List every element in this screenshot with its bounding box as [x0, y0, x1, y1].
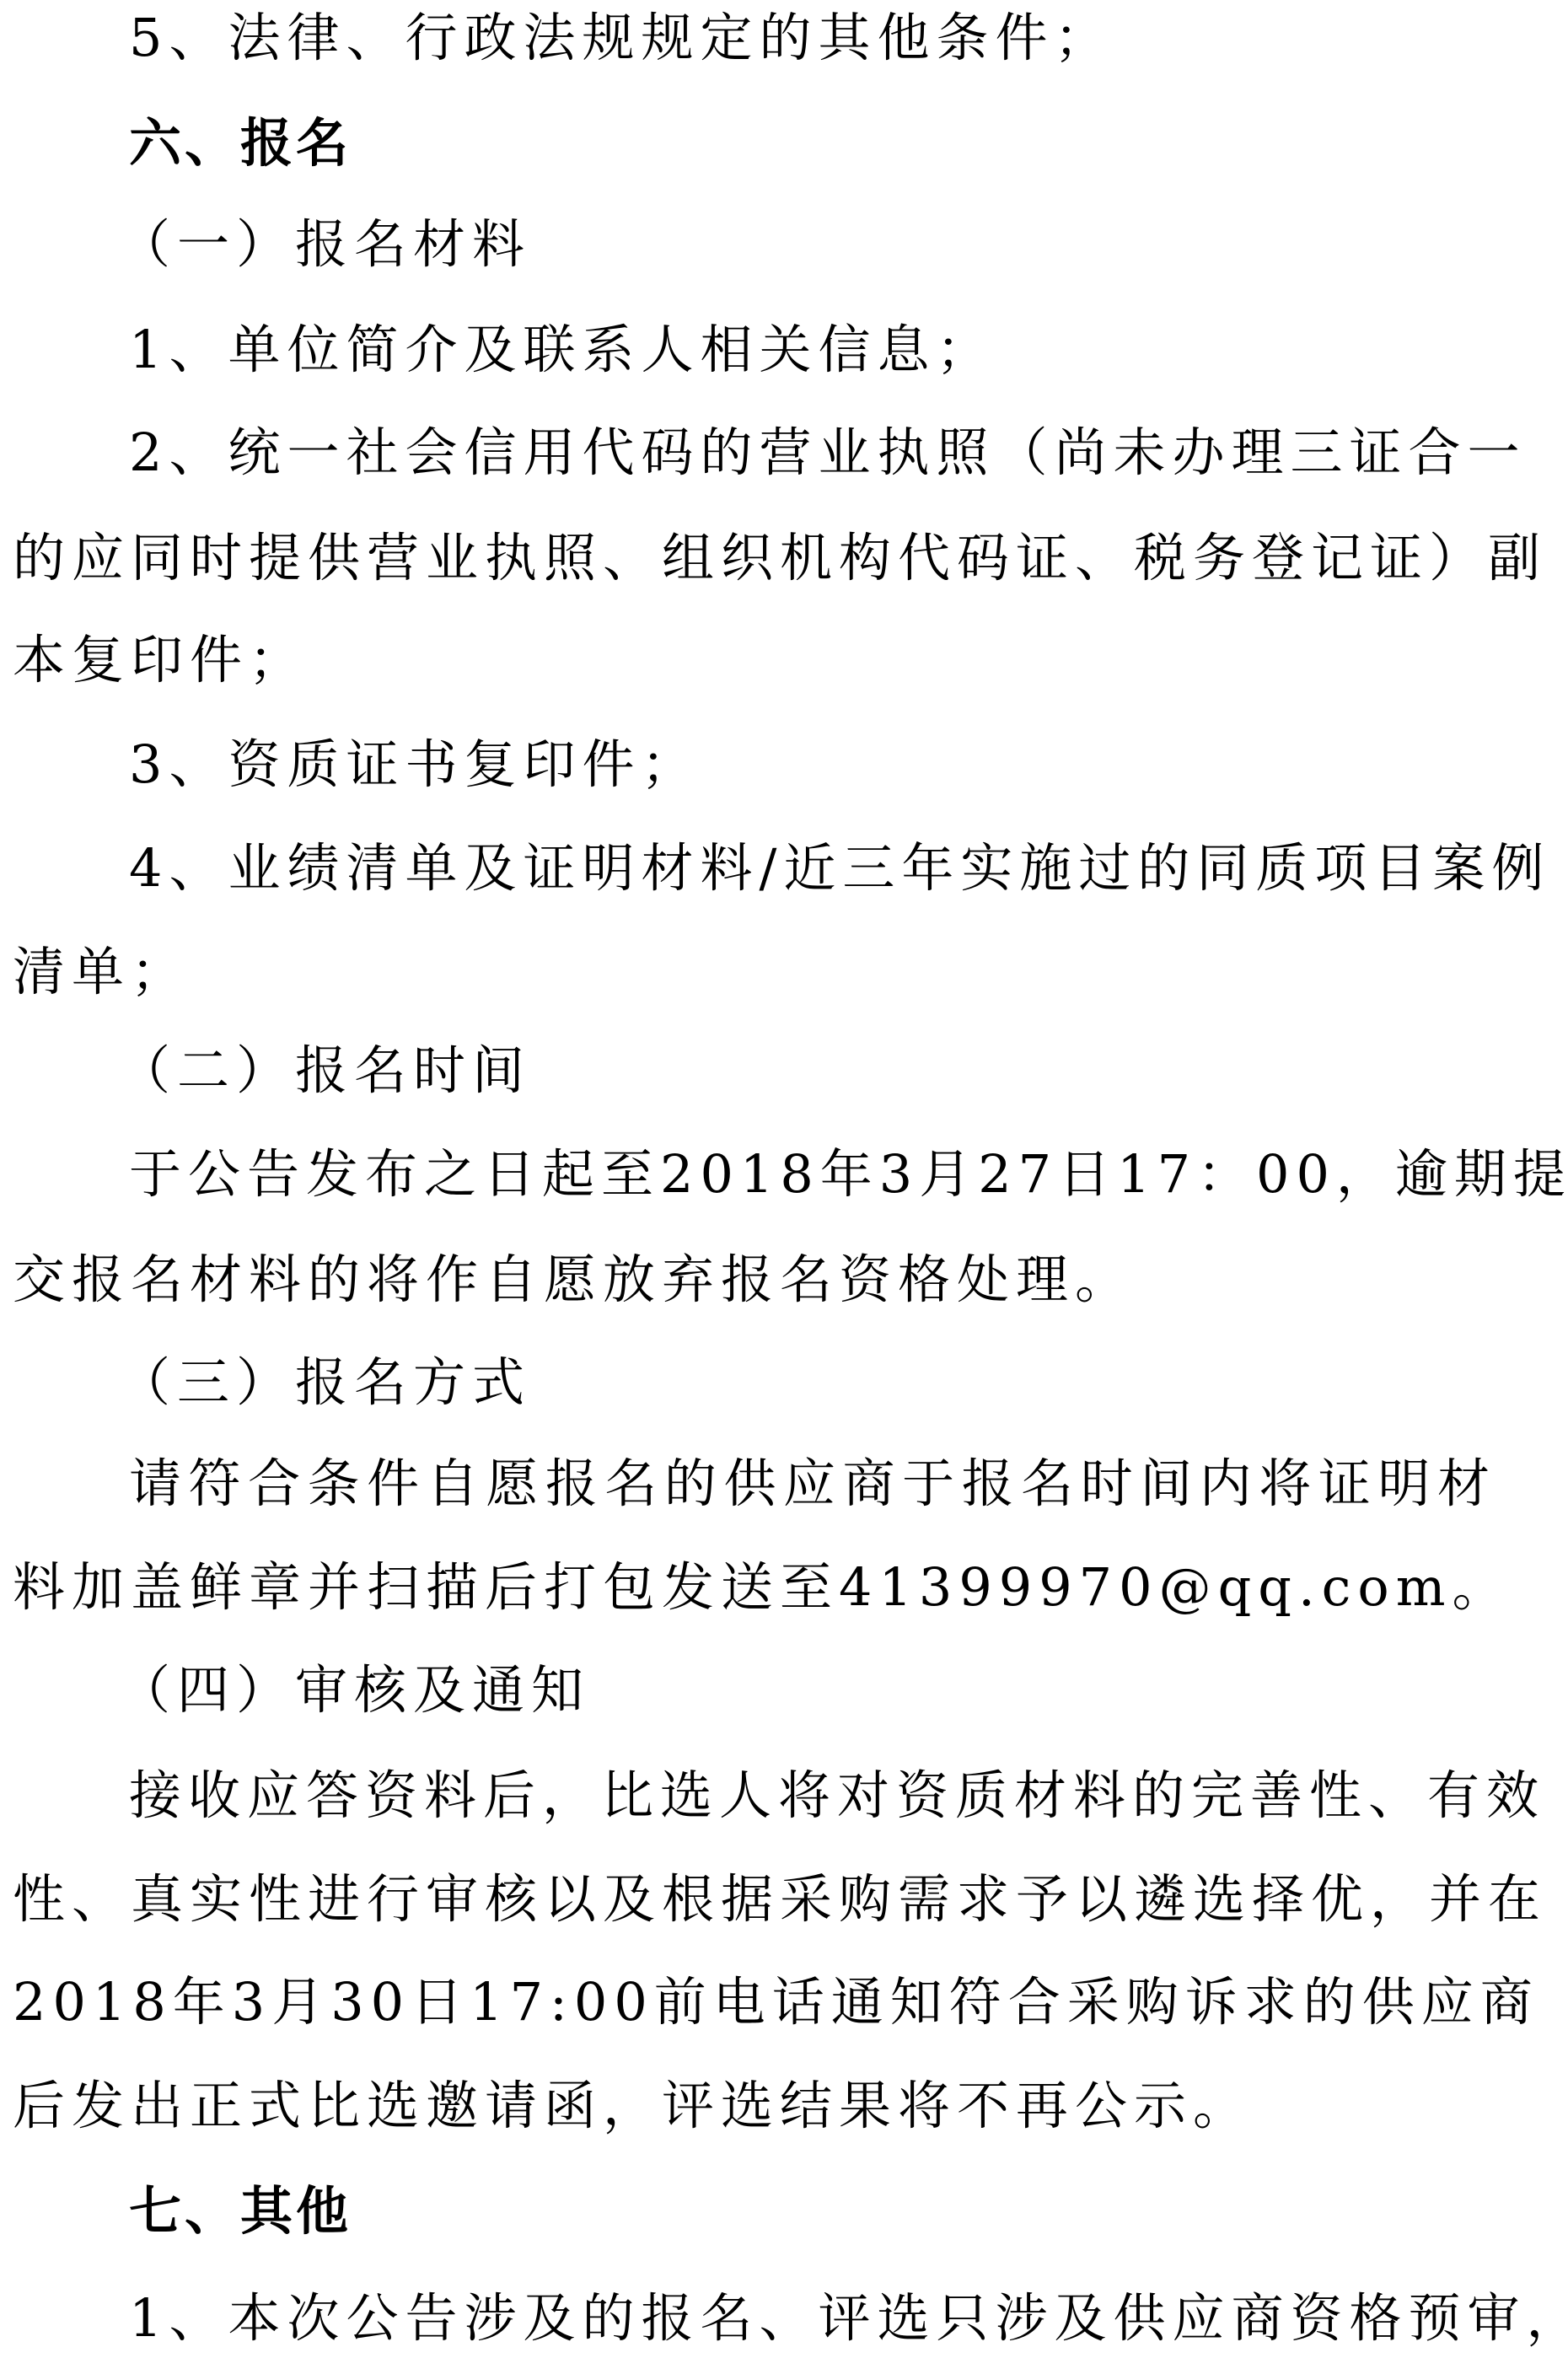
subheading-registration-time: （二）报名时间 — [118, 1037, 1496, 1104]
registration-time-text-end: 交报名材料的将作自愿放弃报名资格处理。 — [13, 1246, 1496, 1313]
review-text-line-4: 后发出正式比选邀请函，评选结果将不再公示。 — [13, 2072, 1496, 2140]
materials-item-2-continued: 的应同时提供营业执照、组织机构代码证、税务登记证）副 — [13, 524, 1496, 592]
registration-method-text: 请符合条件自愿报名的供应商于报名时间内将证明材 — [129, 1450, 1496, 1517]
condition-item-5: 5、法律、行政法规规定的其他条件； — [129, 4, 1496, 72]
materials-item-2-end: 本复印件； — [13, 626, 1496, 694]
materials-item-3: 3、资质证书复印件； — [129, 731, 1496, 798]
subheading-registration-method: （三）报名方式 — [118, 1349, 1496, 1416]
review-text-line-3: 2018年3月30日17:00前电话通知符合采购诉求的供应商 — [13, 1969, 1496, 2036]
registration-method-text-end: 料加盖鲜章并扫描后打包发送至41399970@qq.com。 — [13, 1554, 1496, 1621]
section-heading-other: 七、其他 — [129, 2178, 1496, 2245]
other-item-1: 1、本次公告涉及的报名、评选只涉及供应商资格预审， — [129, 2285, 1496, 2352]
review-text-line-2: 性、真实性进行审核以及根据采购需求予以遴选择优，并在 — [13, 1866, 1496, 1933]
subheading-review-notification: （四）审核及通知 — [118, 1657, 1496, 1724]
materials-item-1: 1、单位简介及联系人相关信息； — [129, 316, 1496, 384]
document-page: 5、法律、行政法规规定的其他条件； 六、报名 （一）报名材料 1、单位简介及联系… — [0, 0, 1568, 2358]
review-text-line-1: 接收应答资料后，比选人将对资质材料的完善性、有效 — [129, 1762, 1496, 1829]
subheading-registration-materials: （一）报名材料 — [118, 211, 1496, 278]
materials-item-4: 4、业绩清单及证明材料/近三年实施过的同质项目案例 — [129, 835, 1496, 902]
materials-item-4-end: 清单； — [13, 938, 1496, 1006]
registration-time-text: 于公告发布之日起至2018年3月27日17：00，逾期提 — [129, 1141, 1496, 1208]
section-heading-registration: 六、报名 — [129, 110, 1496, 177]
materials-item-2: 2、统一社会信用代码的营业执照（尚未办理三证合一 — [129, 419, 1496, 486]
